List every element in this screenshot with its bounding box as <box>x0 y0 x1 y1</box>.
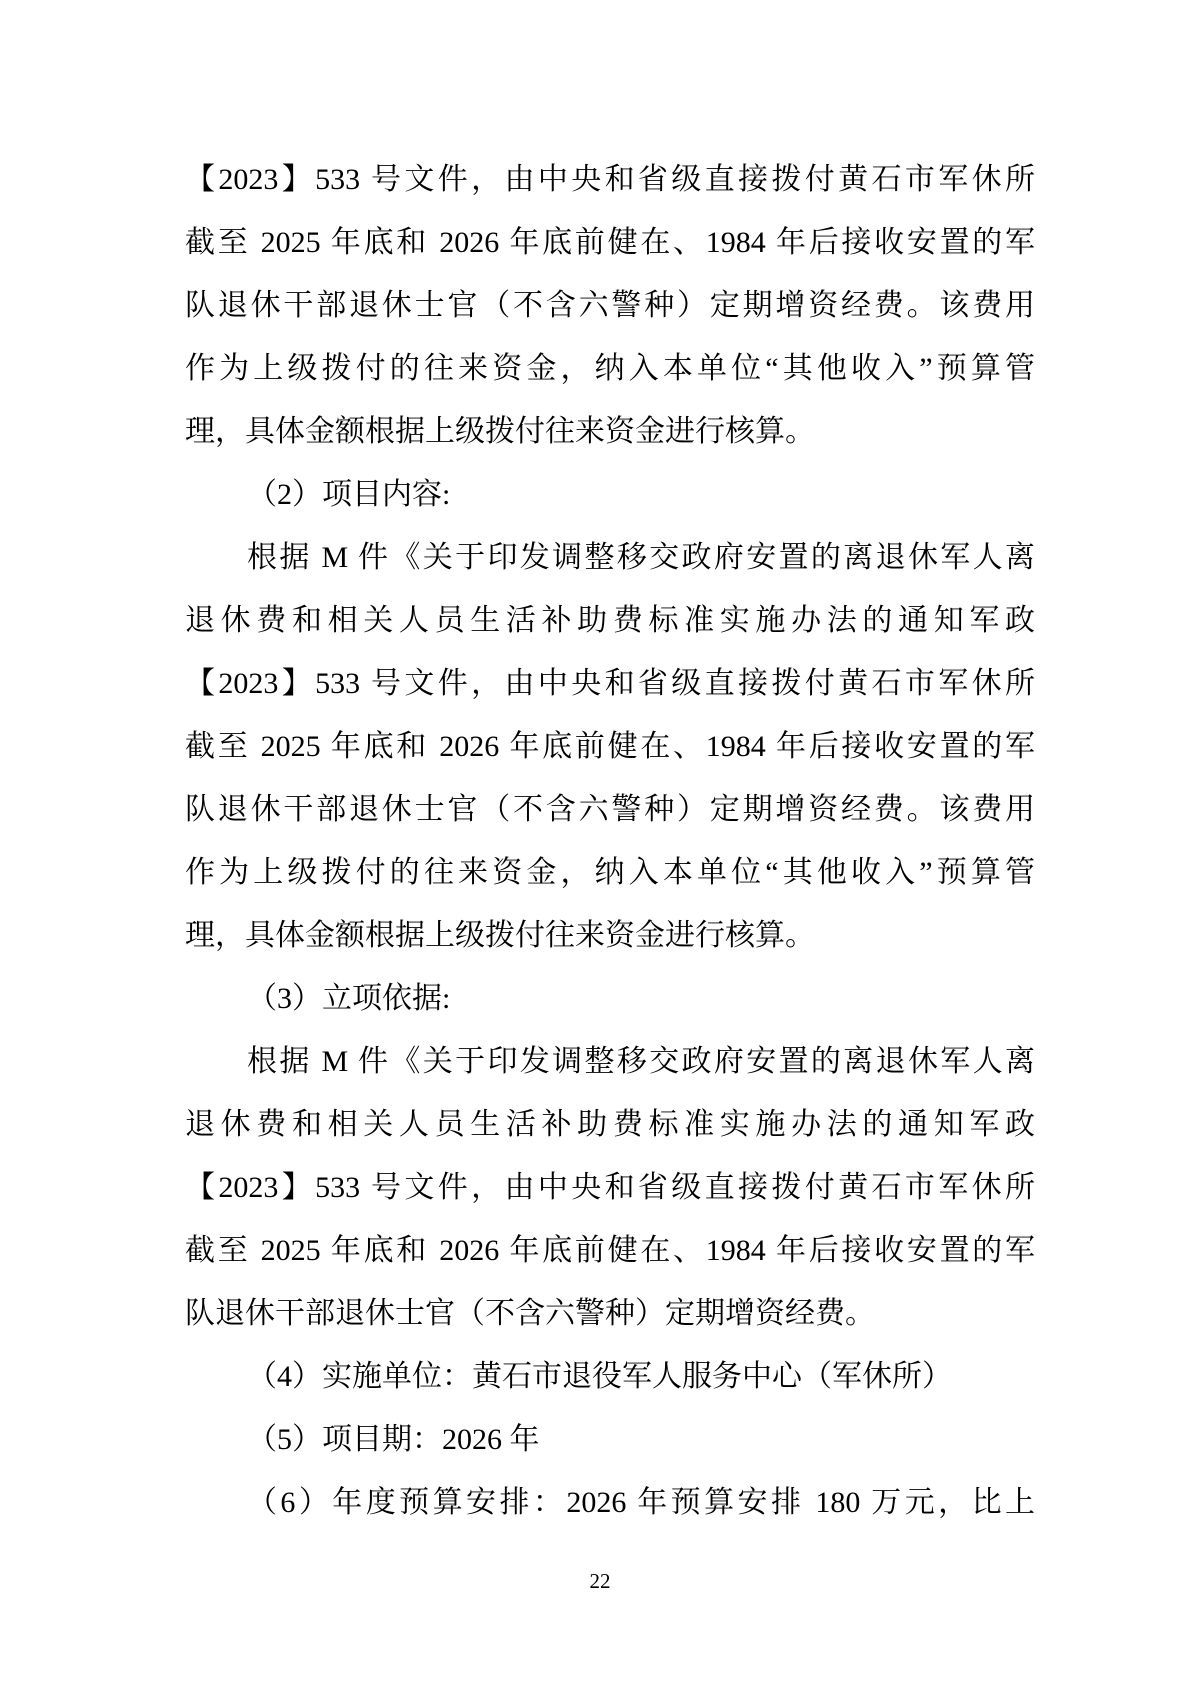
text-line: （6）年度预算安排：2026 年预算安排 180 万元，比上 <box>185 1471 1035 1534</box>
page-number: 22 <box>0 1568 1200 1594</box>
text-line: 队退休干部退休士官（不含六警种）定期增资经费。该费用 <box>185 274 1035 337</box>
text-line: 根据 M 件《关于印发调整移交政府安置的离退休军人离 <box>185 526 1035 589</box>
text-line: 【2023】533 号文件，由中央和省级直接拨付黄石市军休所 <box>185 652 1035 715</box>
text-line: 根据 M 件《关于印发调整移交政府安置的离退休军人离 <box>185 1030 1035 1093</box>
text-line: 【2023】533 号文件，由中央和省级直接拨付黄石市军休所 <box>185 148 1035 211</box>
text-line: 退休费和相关人员生活补助费标准实施办法的通知军政 <box>185 1093 1035 1156</box>
text-line: （2）项目内容: <box>185 463 1035 526</box>
text-line: （4）实施单位：黄石市退役军人服务中心（军休所） <box>185 1345 1035 1408</box>
document-page: 【2023】533 号文件，由中央和省级直接拨付黄石市军休所截至 2025 年底… <box>0 0 1200 1697</box>
text-line: 作为上级拨付的往来资金，纳入本单位“其他收入”预算管 <box>185 841 1035 904</box>
text-line: 截至 2025 年底和 2026 年底前健在、1984 年后接收安置的军 <box>185 1219 1035 1282</box>
text-line: 【2023】533 号文件，由中央和省级直接拨付黄石市军休所 <box>185 1156 1035 1219</box>
text-line: 截至 2025 年底和 2026 年底前健在、1984 年后接收安置的军 <box>185 211 1035 274</box>
text-line: （3）立项依据: <box>185 967 1035 1030</box>
text-line: 队退休干部退休士官（不含六警种）定期增资经费。 <box>185 1282 1035 1345</box>
text-line: （5）项目期：2026 年 <box>185 1408 1035 1471</box>
text-line: 理，具体金额根据上级拨付往来资金进行核算。 <box>185 400 1035 463</box>
text-line: 理，具体金额根据上级拨付往来资金进行核算。 <box>185 904 1035 967</box>
text-line: 截至 2025 年底和 2026 年底前健在、1984 年后接收安置的军 <box>185 715 1035 778</box>
document-lines: 【2023】533 号文件，由中央和省级直接拨付黄石市军休所截至 2025 年底… <box>185 148 1035 1534</box>
text-line: 退休费和相关人员生活补助费标准实施办法的通知军政 <box>185 589 1035 652</box>
text-line: 作为上级拨付的往来资金，纳入本单位“其他收入”预算管 <box>185 337 1035 400</box>
text-line: 队退休干部退休士官（不含六警种）定期增资经费。该费用 <box>185 778 1035 841</box>
